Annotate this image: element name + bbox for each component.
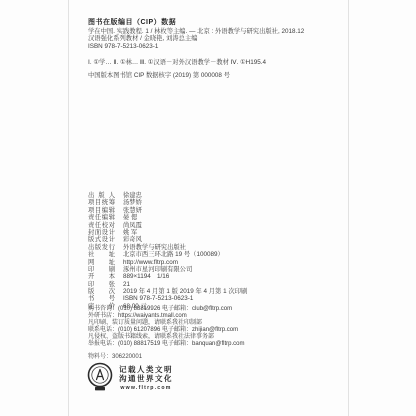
- notice-piracy-hotline: 举报电话：(010) 88817519 电子邮箱：banquan@fltrp.c…: [88, 341, 340, 348]
- colophon-row-proofreader: 责任校对尚凤霞: [88, 222, 340, 229]
- colophon-value: 晏 偲: [123, 214, 340, 221]
- colophon-value: 张慧妍: [123, 207, 340, 214]
- contact-notices: 购书咨询：(010) 88819926 电子邮箱：club@fltrp.com …: [88, 306, 340, 349]
- colophon-value: 21: [123, 281, 340, 288]
- copyright-page: 图书在版编目（CIP）数据 学在中国. 实践教程. 1 / 林枚等主编. — 北…: [0, 0, 416, 416]
- colophon-row-address: 社址北京市西三环北路 19 号（100089）: [88, 251, 340, 258]
- fltrp-seal-icon: [86, 362, 114, 392]
- colophon-value: 姚 军: [123, 229, 340, 236]
- cip-isbn-line: ISBN 978-7-5213-0623-1: [88, 43, 340, 50]
- cip-classification: Ⅰ. ①学… Ⅱ. ①林… Ⅲ. ①汉语－对外汉语教学－教材 Ⅳ. ①H195.…: [88, 57, 340, 66]
- colophon-row-printer: 印刷涿州市星河印刷有限公司: [88, 266, 340, 273]
- colophon-value: ISBN 978-7-5213-0623-1: [123, 295, 340, 302]
- colophon-row-isbn: 书号ISBN 978-7-5213-0623-1: [88, 295, 340, 302]
- colophon-label: 责任校对: [88, 222, 115, 229]
- colophon-label: 印张: [88, 281, 115, 288]
- colophon-label: 网址: [88, 259, 115, 266]
- colophon-value: 889×1194 1/16: [123, 273, 340, 280]
- colophon-value: 尚凤霞: [123, 222, 340, 229]
- colophon-label: 版式设计: [88, 236, 115, 243]
- page-edge-left-divider: [68, 0, 69, 416]
- colophon-value: 徐建忠: [123, 192, 340, 199]
- slogan-line-2: 沟通世界文化: [119, 374, 173, 383]
- colophon-row-layout-design: 版式设计彩奇风: [88, 236, 340, 243]
- colophon-label: 书号: [88, 295, 115, 302]
- publisher-logo-block: 记载人类文明 沟通世界文化 www.fltrp.com: [86, 362, 173, 392]
- colophon-list: 出版人徐建忠 项目统筹汤梦娇 项目编辑张慧妍 责任编辑晏 偲 责任校对尚凤霞 封…: [88, 192, 340, 310]
- colophon-label: 社址: [88, 251, 115, 258]
- cip-record-number: 中国版本图书馆 CIP 数据核字 (2019) 第 000008 号: [88, 70, 340, 79]
- colophon-row-sheets: 印张21: [88, 281, 340, 288]
- colophon-value: http://www.fltrp.com: [123, 259, 340, 266]
- colophon-row-website: 网址http://www.fltrp.com: [88, 259, 340, 266]
- colophon-row-responsible-editor: 责任编辑晏 偲: [88, 214, 340, 221]
- colophon-value: 彩奇风: [123, 236, 340, 243]
- colophon-value: 涿州市星河印刷有限公司: [123, 266, 340, 273]
- page-edge-right-divider: [348, 0, 349, 416]
- colophon-label: 项目统筹: [88, 199, 115, 206]
- publisher-slogan: 记载人类文明 沟通世界文化 www.fltrp.com: [119, 362, 173, 391]
- colophon-row-project-coordinator: 项目统筹汤梦娇: [88, 199, 340, 206]
- material-number: 物料号：306220001: [88, 351, 142, 360]
- colophon-label: 责任编辑: [88, 214, 115, 221]
- colophon-value: 2019 年 4 月第 1 版 2019 年 4 月第 1 次印刷: [123, 288, 340, 295]
- slogan-line-1: 记载人类文明: [119, 365, 173, 374]
- cip-heading: 图书在版编目（CIP）数据: [88, 17, 176, 27]
- colophon-value: 汤梦娇: [123, 199, 340, 206]
- colophon-row-edition: 版次2019 年 4 月第 1 版 2019 年 4 月第 1 次印刷: [88, 288, 340, 295]
- publisher-url: www.fltrp.com: [119, 385, 173, 391]
- cip-series-line: 汉语强化系列教材 / 金晓艳, 刘涛总主编: [88, 35, 340, 42]
- colophon-value: 北京市西三环北路 19 号（100089）: [123, 251, 340, 258]
- colophon-row-format: 开本889×1194 1/16: [88, 273, 340, 280]
- cip-description: 学在中国. 实践教程. 1 / 林枚等主编. — 北京 : 外语教学与研究出版社…: [88, 28, 340, 50]
- colophon-label: 开本: [88, 273, 115, 280]
